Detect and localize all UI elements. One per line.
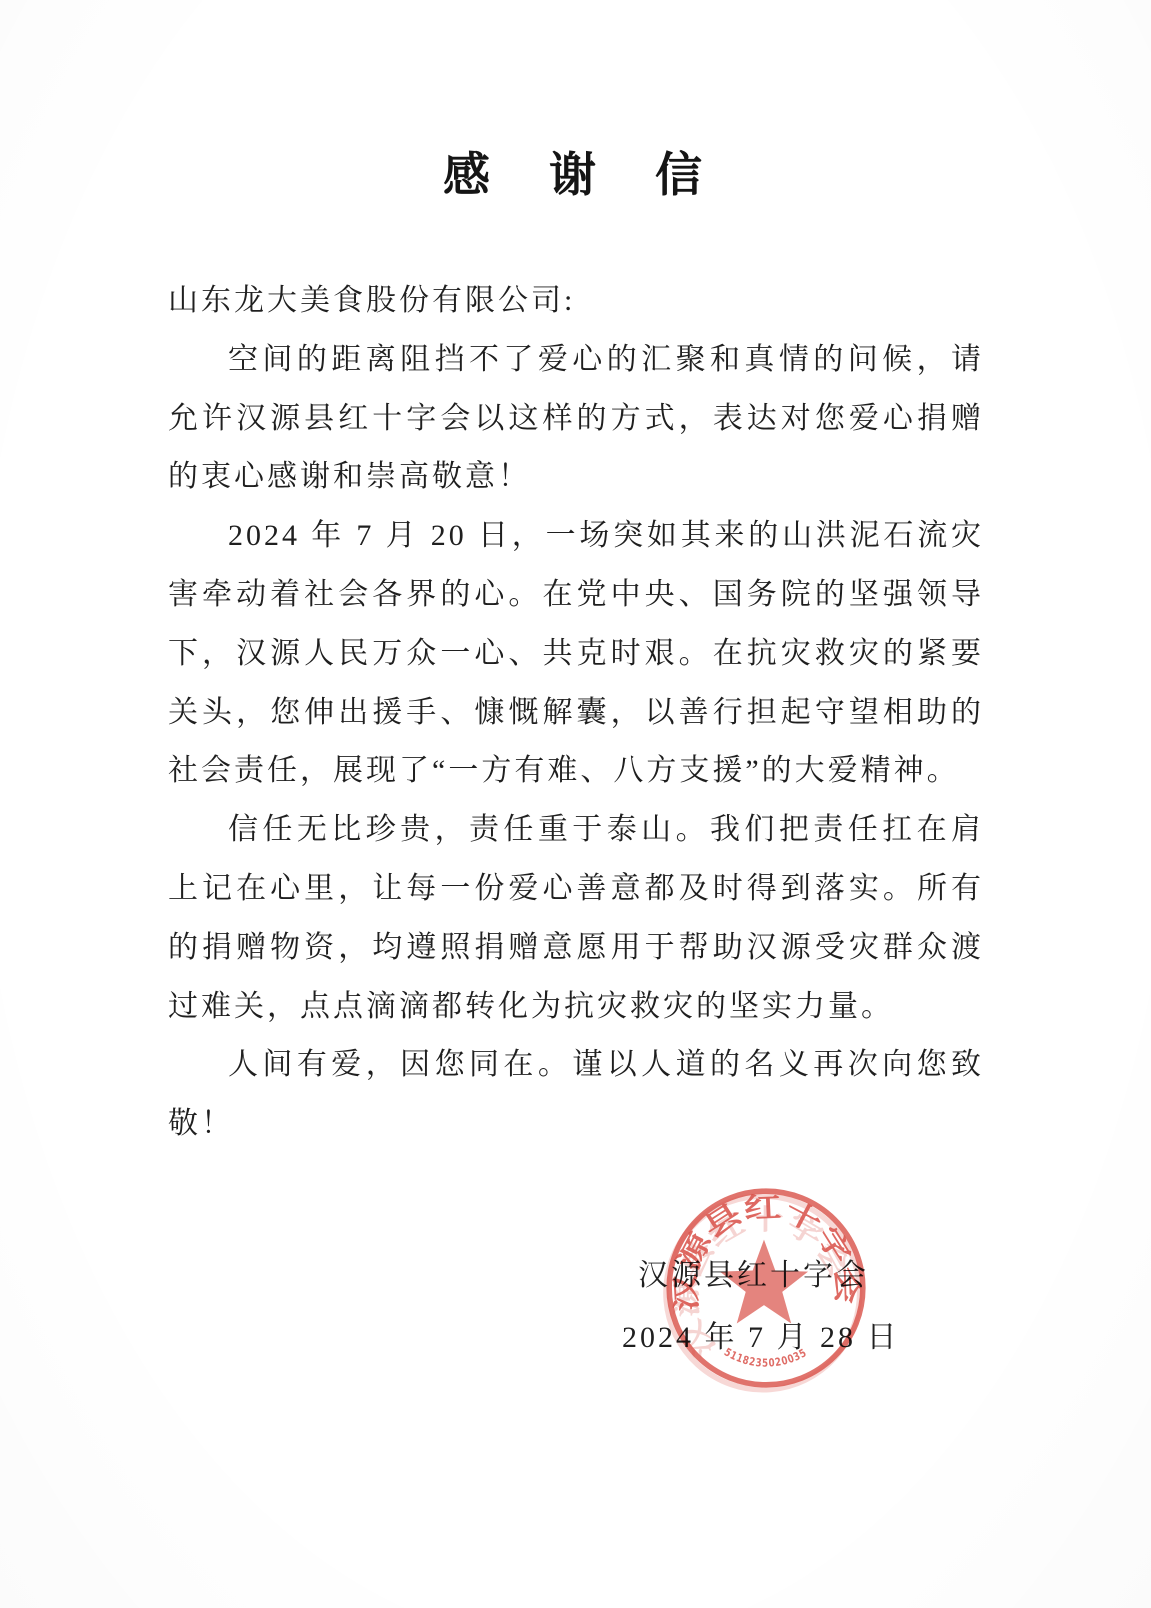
letter-body: 山东龙大美食股份有限公司: 空间的距离阻挡不了爱心的汇聚和真情的问候，请允许汉源… (168, 272, 984, 1154)
paragraph-2: 2024 年 7 月 20 日，一场突如其来的山洪泥石流灾害牵动着社会各界的心。… (168, 507, 984, 801)
signature-block: 汉源县红十字会 2024 年 7 月 28 日 (622, 1247, 900, 1368)
salutation: 山东龙大美食股份有限公司: (168, 272, 984, 331)
letter-title: 感 谢 信 (0, 138, 1151, 205)
paragraph-4: 人间有爱，因您同在。谨以人道的名义再次向您致敬！ (168, 1036, 984, 1154)
paragraph-1: 空间的距离阻挡不了爱心的汇聚和真情的问候，请允许汉源县红十字会以这样的方式，表达… (168, 331, 984, 507)
signature-name: 汉源县红十字会 (622, 1247, 900, 1306)
paragraph-3: 信任无比珍贵，责任重于泰山。我们把责任扛在肩上记在心里，让每一份爱心善意都及时得… (168, 801, 984, 1036)
letter-page: 感 谢 信 山东龙大美食股份有限公司: 空间的距离阻挡不了爱心的汇聚和真情的问候… (0, 0, 1151, 1608)
signature-date: 2024 年 7 月 28 日 (622, 1309, 900, 1368)
